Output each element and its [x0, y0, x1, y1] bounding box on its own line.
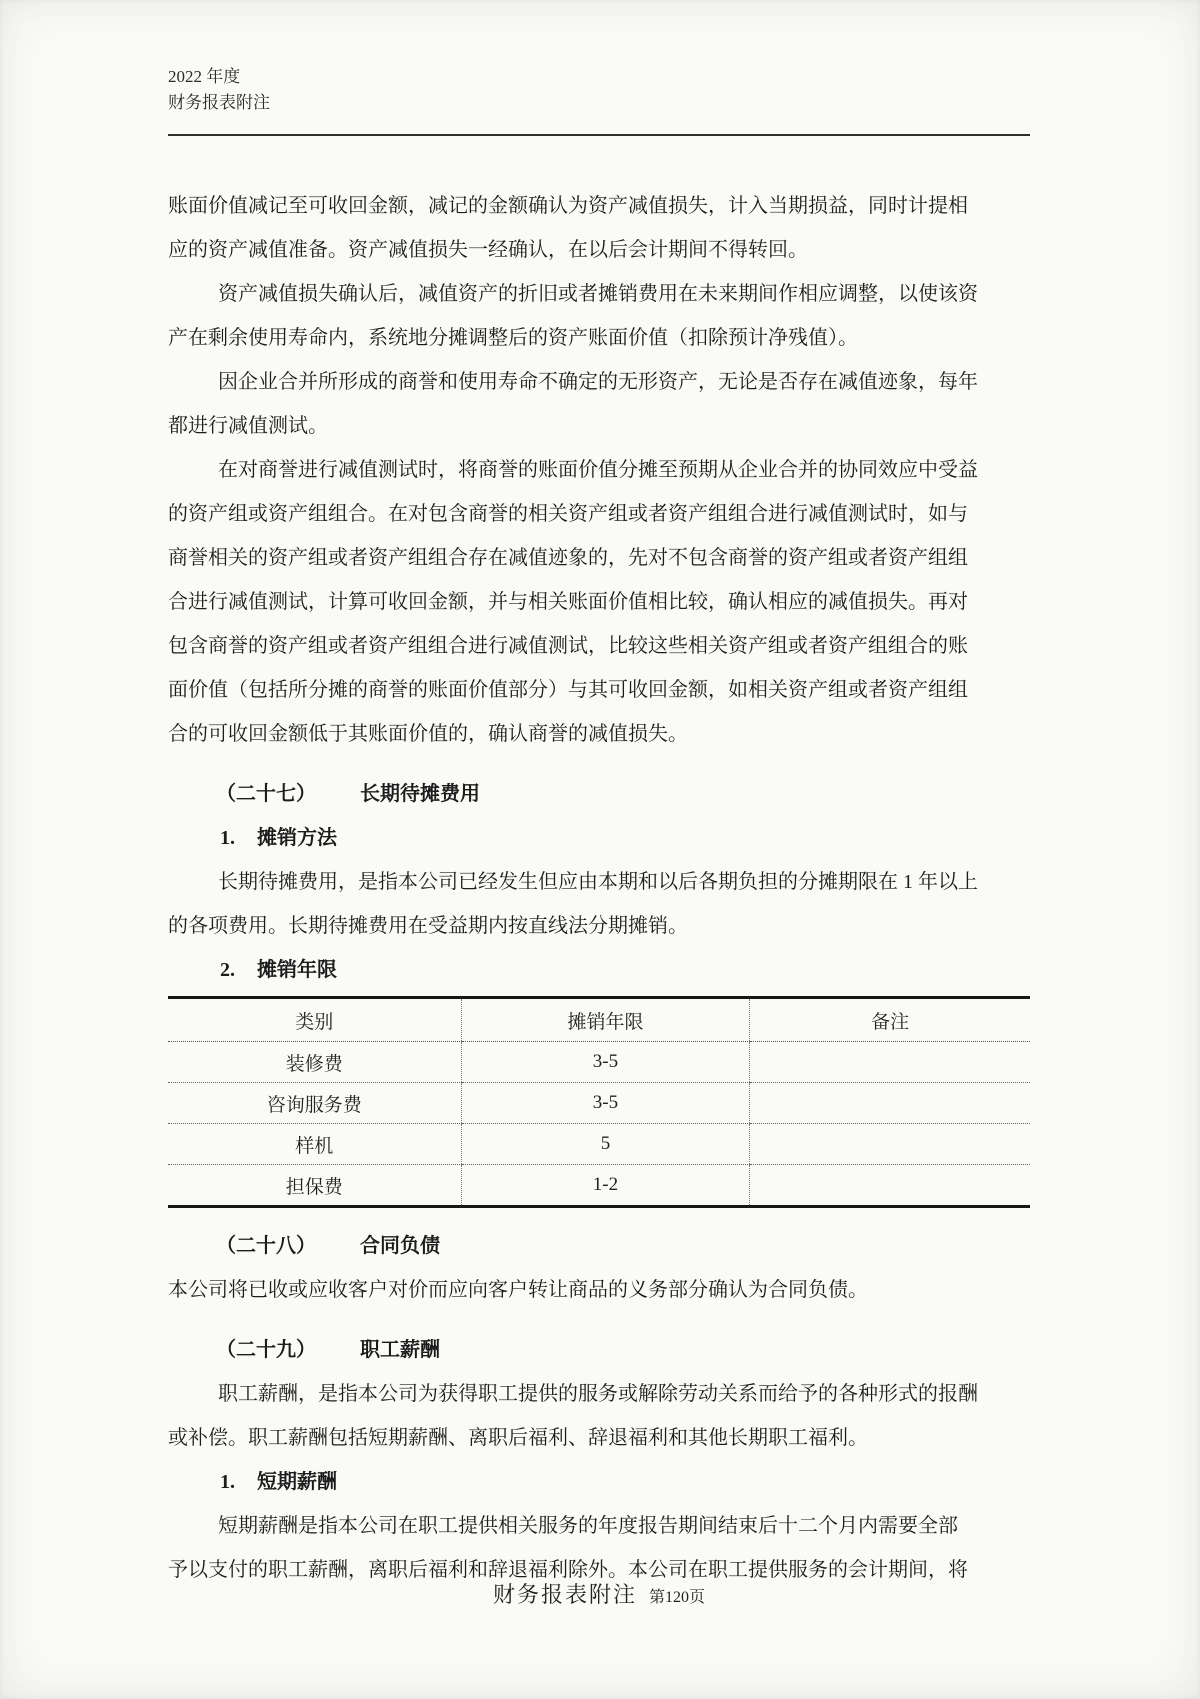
subheading-short-term-compensation: 1.短期薪酬: [168, 1460, 1030, 1504]
table-header-row: 类别 摊销年限 备注: [168, 998, 1030, 1042]
table-cell: 装修费: [168, 1042, 461, 1083]
subheading-1-title: 摊销方法: [257, 827, 337, 849]
heading-29-number: （二十九）: [216, 1339, 316, 1361]
table-row-decoration: 装修费 3-5: [168, 1042, 1030, 1083]
heading-28-number: （二十八）: [216, 1235, 316, 1257]
table-cell: 咨询服务费: [168, 1083, 461, 1124]
text-line: 资产减值损失确认后，减值资产的折旧或者摊销费用在未来期间作相应调整，以使该资: [168, 272, 960, 316]
footer-doc-title: 财务报表附注: [493, 1582, 637, 1607]
subheading-amortisation-method: 1.摊销方法: [168, 816, 1030, 860]
document-page: 2022 年度 财务报表附注 账面价值减记至可收回金额，减记的金额确认为资产减值…: [0, 0, 1200, 1699]
text-line: 本公司将已收或应收客户对价而应向客户转让商品的义务部分确认为合同负债。: [168, 1268, 960, 1312]
heading-section-27: （二十七）长期待摊费用: [168, 772, 1030, 816]
text-line: 产在剩余使用寿命内，系统地分摊调整后的资产账面价值（扣除预计净残值）。: [168, 316, 960, 360]
text-line: 因企业合并所形成的商誉和使用寿命不确定的无形资产，无论是否存在减值迹象，每年: [168, 360, 960, 404]
table-cell: 担保费: [168, 1165, 461, 1207]
body-text: 账面价值减记至可收回金额，减记的金额确认为资产减值损失，计入当期损益，同时计提相…: [168, 184, 1030, 1592]
header-year: 2022 年度: [168, 64, 1030, 90]
paragraph-impairment-carryover: 账面价值减记至可收回金额，减记的金额确认为资产减值损失，计入当期损益，同时计提相…: [168, 184, 960, 272]
text-line: 面价值（包括所分摊的商誉的账面价值部分）与其可收回金额，如相关资产组或者资产组组: [168, 668, 960, 712]
text-line: 都进行减值测试。: [168, 404, 960, 448]
table-cell: [750, 1042, 1030, 1083]
table-row-consulting: 咨询服务费 3-5: [168, 1083, 1030, 1124]
subheading-29-1-title: 短期薪酬: [257, 1471, 337, 1493]
paragraph-amortisation-method: 长期待摊费用，是指本公司已经发生但应由本期和以后各期负担的分摊期限在 1 年以上…: [168, 860, 960, 948]
running-header: 2022 年度 财务报表附注: [168, 64, 1030, 116]
table-row-guarantee: 担保费 1-2: [168, 1165, 1030, 1207]
subheading-2-title: 摊销年限: [257, 959, 337, 981]
heading-section-28: （二十八）合同负债: [168, 1224, 1030, 1268]
footer-page-number: 第120页: [649, 1589, 705, 1606]
text-line: 账面价值减记至可收回金额，减记的金额确认为资产减值损失，计入当期损益，同时计提相: [168, 184, 960, 228]
table-header-note: 备注: [750, 998, 1030, 1042]
table-cell: 1-2: [461, 1165, 750, 1207]
paragraph-contract-liability: 本公司将已收或应收客户对价而应向客户转让商品的义务部分确认为合同负债。: [168, 1268, 960, 1312]
table-cell: 3-5: [461, 1042, 750, 1083]
table-cell: [750, 1083, 1030, 1124]
heading-28-title: 合同负债: [360, 1235, 440, 1257]
text-line: 应的资产减值准备。资产减值损失一经确认，在以后会计期间不得转回。: [168, 228, 960, 272]
paragraph-employee-compensation: 职工薪酬，是指本公司为获得职工提供的服务或解除劳动关系而给予的各种形式的报酬或补…: [168, 1372, 960, 1460]
text-line: 或补偿。职工薪酬包括短期薪酬、离职后福利、辞退福利和其他长期职工福利。: [168, 1416, 960, 1460]
table-cell: [750, 1165, 1030, 1207]
table-cell: 3-5: [461, 1083, 750, 1124]
header-doc-title: 财务报表附注: [168, 90, 1030, 116]
paragraph-goodwill-annual-test: 因企业合并所形成的商誉和使用寿命不确定的无形资产，无论是否存在减值迹象，每年都进…: [168, 360, 960, 448]
text-line: 的资产组或资产组组合。在对包含商誉的相关资产组或者资产组组合进行减值测试时，如与: [168, 492, 960, 536]
table-cell: [750, 1124, 1030, 1165]
subheading-amortisation-years: 2.摊销年限: [168, 948, 1030, 992]
text-line: 的各项费用。长期待摊费用在受益期内按直线法分期摊销。: [168, 904, 960, 948]
paragraph-goodwill-test-detail: 在对商誉进行减值测试时，将商誉的账面价值分摊至预期从企业合并的协同效应中受益的资…: [168, 448, 960, 756]
text-line: 长期待摊费用，是指本公司已经发生但应由本期和以后各期负担的分摊期限在 1 年以上: [168, 860, 960, 904]
text-line: 在对商誉进行减值测试时，将商誉的账面价值分摊至预期从企业合并的协同效应中受益: [168, 448, 960, 492]
page-content: 2022 年度 财务报表附注 账面价值减记至可收回金额，减记的金额确认为资产减值…: [168, 64, 1030, 1592]
table-header-category: 类别: [168, 998, 461, 1042]
table-header-years: 摊销年限: [461, 998, 750, 1042]
table-cell: 5: [461, 1124, 750, 1165]
text-line: 职工薪酬，是指本公司为获得职工提供的服务或解除劳动关系而给予的各种形式的报酬: [168, 1372, 960, 1416]
amortisation-table: 类别 摊销年限 备注 装修费 3-5 咨询服务费 3-5 样机 5: [168, 996, 1030, 1208]
text-line: 合的可收回金额低于其账面价值的，确认商誉的减值损失。: [168, 712, 960, 756]
text-line: 包含商誉的资产组或者资产组组合进行减值测试，比较这些相关资产组或者资产组组合的账: [168, 624, 960, 668]
subheading-1-number: 1.: [220, 827, 235, 849]
subheading-29-1-number: 1.: [220, 1471, 235, 1493]
table-row-prototype: 样机 5: [168, 1124, 1030, 1165]
heading-27-title: 长期待摊费用: [360, 783, 480, 805]
text-line: 商誉相关的资产组或者资产组组合存在减值迹象的，先对不包含商誉的资产组或者资产组组: [168, 536, 960, 580]
heading-27-number: （二十七）: [216, 783, 316, 805]
heading-section-29: （二十九）职工薪酬: [168, 1328, 1030, 1372]
heading-29-title: 职工薪酬: [360, 1339, 440, 1361]
text-line: 短期薪酬是指本公司在职工提供相关服务的年度报告期间结束后十二个月内需要全部: [168, 1504, 960, 1548]
header-rule: [168, 134, 1030, 136]
paragraph-depreciation-adjust: 资产减值损失确认后，减值资产的折旧或者摊销费用在未来期间作相应调整，以使该资产在…: [168, 272, 960, 360]
table-cell: 样机: [168, 1124, 461, 1165]
text-line: 合进行减值测试，计算可收回金额，并与相关账面价值相比较，确认相应的减值损失。再对: [168, 580, 960, 624]
page-footer: 财务报表附注第120页: [168, 1578, 1030, 1609]
subheading-2-number: 2.: [220, 959, 235, 981]
